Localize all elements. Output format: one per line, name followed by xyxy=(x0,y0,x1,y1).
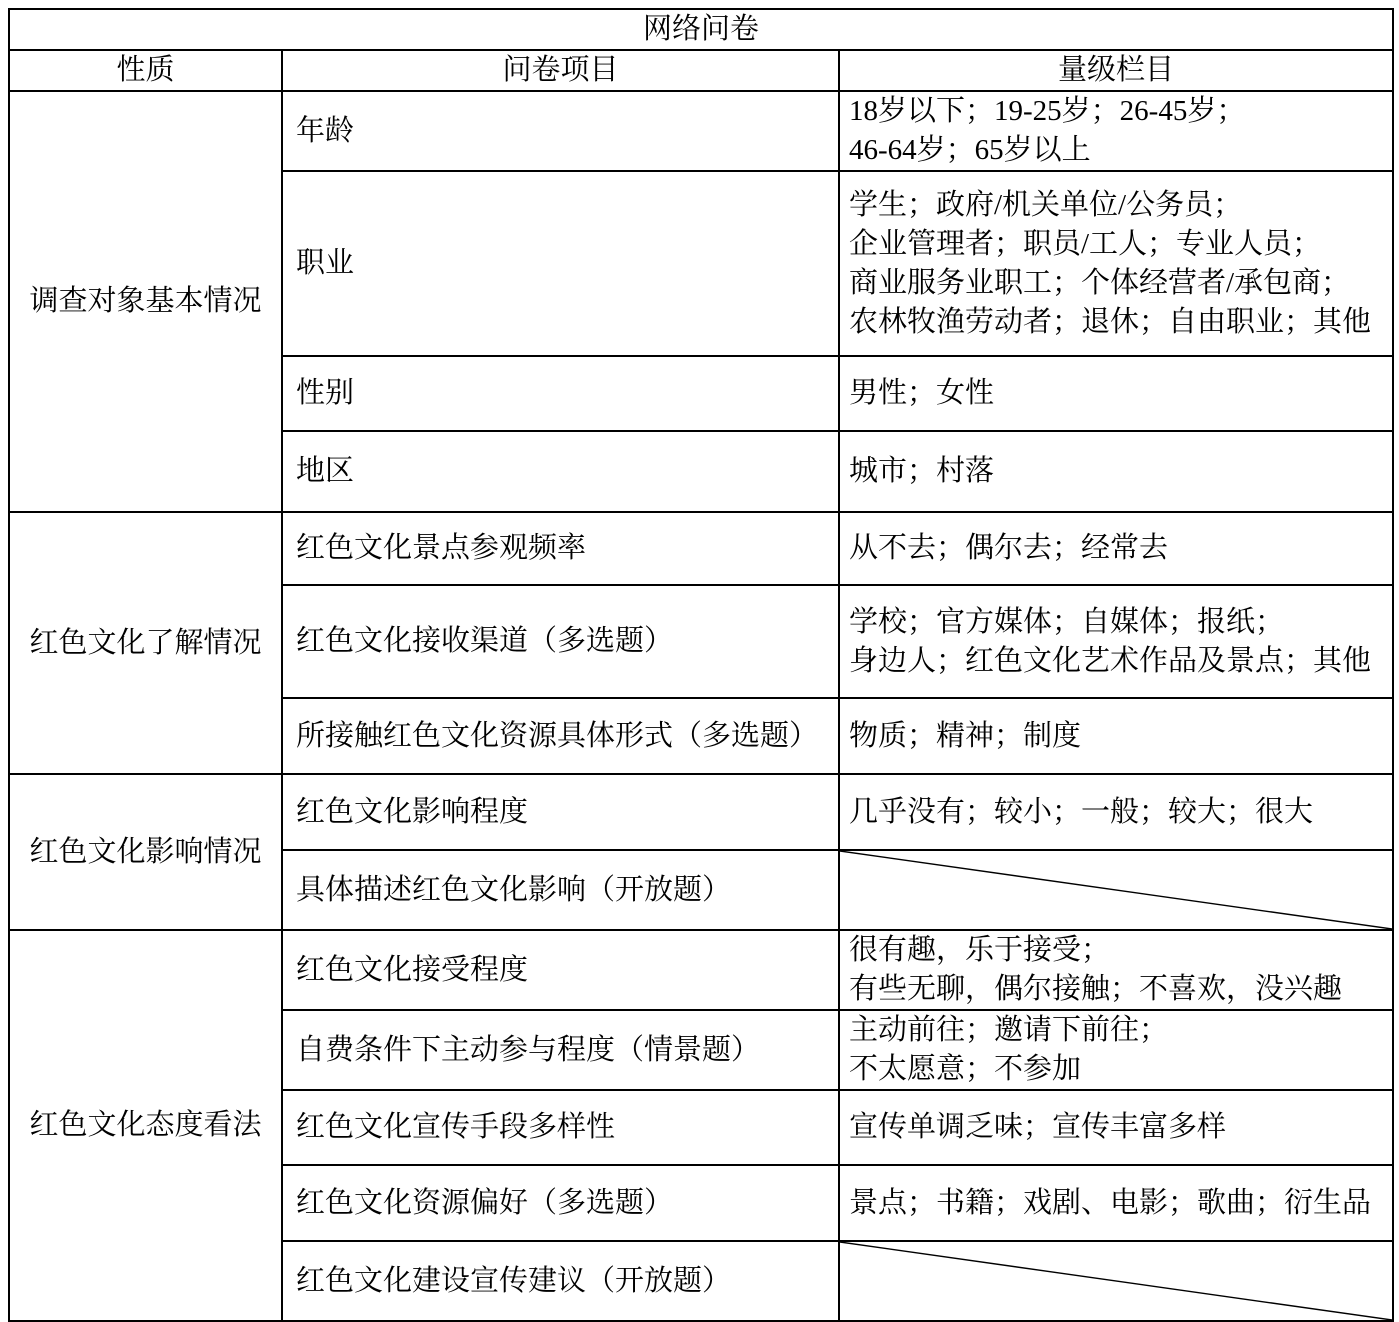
options-occupation: 学生；政府/机关单位/公务员； 企业管理者；职员/工人；专业人员； 商业服务业职… xyxy=(839,171,1393,356)
options-resource-forms: 物质；精神；制度 xyxy=(839,698,1393,774)
item-age: 年龄 xyxy=(282,91,839,171)
options-age: 18岁以下；19-25岁；26-45岁； 46-64岁；65岁以上 xyxy=(839,91,1393,171)
item-visit-frequency: 红色文化景点参观频率 xyxy=(282,512,839,585)
item-promotion-suggestions: 红色文化建设宣传建议（开放题） xyxy=(282,1241,839,1321)
item-resource-preference: 红色文化资源偏好（多选题） xyxy=(282,1165,839,1241)
group-label-attitude: 红色文化态度看法 xyxy=(9,930,282,1321)
item-influence-degree: 红色文化影响程度 xyxy=(282,774,839,850)
options-visit-frequency: 从不去；偶尔去；经常去 xyxy=(839,512,1393,585)
options-acceptance-degree: 很有趣，乐于接受； 有些无聊，偶尔接触；不喜欢，没兴趣 xyxy=(839,930,1393,1010)
item-gender: 性别 xyxy=(282,356,839,431)
column-header-nature: 性质 xyxy=(9,50,282,91)
item-resource-forms: 所接触红色文化资源具体形式（多选题） xyxy=(282,698,839,774)
diagonal-slash-icon xyxy=(840,851,1392,929)
item-promotion-diversity: 红色文化宣传手段多样性 xyxy=(282,1090,839,1165)
options-resource-preference: 景点；书籍；戏剧、电影；歌曲；衍生品 xyxy=(839,1165,1393,1241)
questionnaire-sheet: 网络问卷 性质 问卷项目 量级栏目 调查对象基本情况 年龄 18岁以下；19-2… xyxy=(8,8,1394,1322)
item-influence-description: 具体描述红色文化影响（开放题） xyxy=(282,850,839,930)
item-region: 地区 xyxy=(282,431,839,512)
options-reception-channels: 学校；官方媒体；自媒体；报纸； 身边人；红色文化艺术作品及景点；其他 xyxy=(839,585,1393,698)
item-occupation: 职业 xyxy=(282,171,839,356)
item-self-funded-participation: 自费条件下主动参与程度（情景题） xyxy=(282,1010,839,1090)
empty-cell-influence-description xyxy=(839,850,1393,930)
options-gender: 男性；女性 xyxy=(839,356,1393,431)
diagonal-slash-icon xyxy=(840,1242,1392,1320)
item-reception-channels: 红色文化接收渠道（多选题） xyxy=(282,585,839,698)
group-label-awareness: 红色文化了解情况 xyxy=(9,512,282,774)
item-acceptance-degree: 红色文化接受程度 xyxy=(282,930,839,1010)
options-promotion-diversity: 宣传单调乏味；宣传丰富多样 xyxy=(839,1090,1393,1165)
column-header-scale: 量级栏目 xyxy=(839,50,1393,91)
options-region: 城市；村落 xyxy=(839,431,1393,512)
column-header-item: 问卷项目 xyxy=(282,50,839,91)
questionnaire-table: 网络问卷 性质 问卷项目 量级栏目 调查对象基本情况 年龄 18岁以下；19-2… xyxy=(8,8,1394,1322)
group-label-basic-info: 调查对象基本情况 xyxy=(9,91,282,512)
empty-cell-promotion-suggestions xyxy=(839,1241,1393,1321)
group-label-influence: 红色文化影响情况 xyxy=(9,774,282,930)
table-title: 网络问卷 xyxy=(9,9,1393,50)
options-self-funded-participation: 主动前往；邀请下前往； 不太愿意；不参加 xyxy=(839,1010,1393,1090)
options-influence-degree: 几乎没有；较小；一般；较大；很大 xyxy=(839,774,1393,850)
